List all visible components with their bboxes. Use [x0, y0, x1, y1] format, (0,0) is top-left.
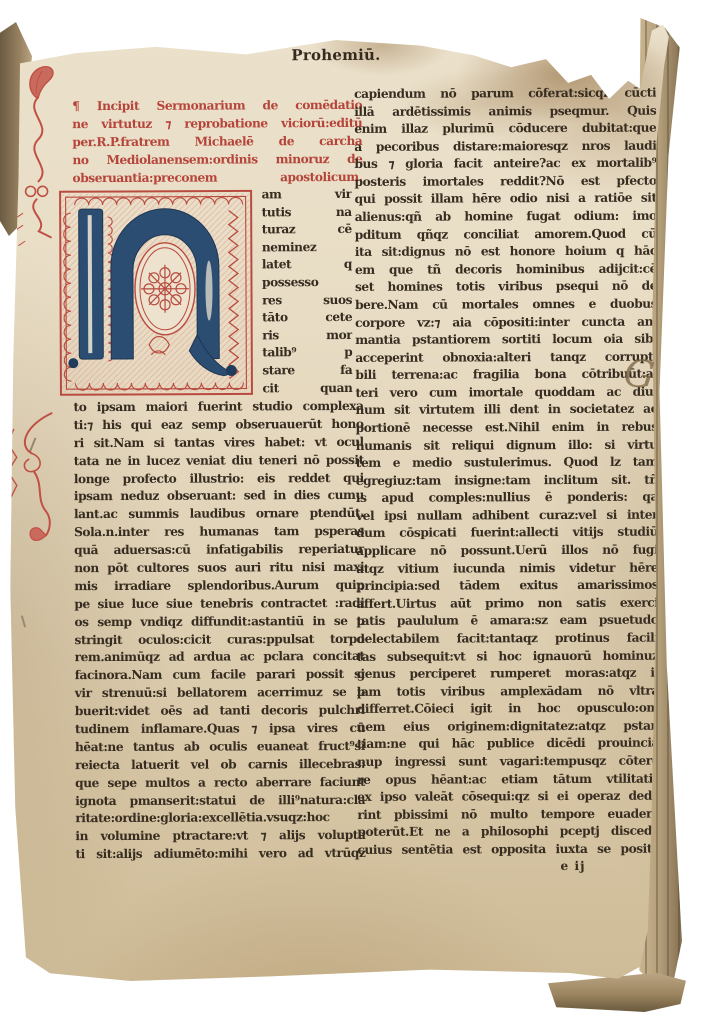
text-line: possesso	[262, 274, 352, 292]
left-column-body: to ipsam maiori fuerint studio complexat…	[73, 398, 365, 864]
text-line: pe siue luce siue tenebris contractet :r…	[74, 595, 364, 614]
text-line: quā aduersas:cū infatigabilis reperiatur	[74, 541, 364, 560]
text-line: dum cōspicati fuerint:allecti vitijs stu…	[356, 524, 658, 543]
text-line: corpore vz:⁊ aia cōpositi:inter cuncta a…	[355, 313, 657, 332]
text-line: mis irradiare splendoribus.Aurum quip	[74, 577, 364, 596]
text-line: tem e medio sustulerimus. Quod lz tam	[356, 454, 658, 473]
text-line: genus perciperet rumperet moras:atqz il	[357, 665, 659, 684]
right-column: capiendum nō parum cōferat:sicqz cūctiil…	[354, 85, 659, 877]
text-line: tutis na	[262, 204, 352, 222]
text-line: cit quan	[262, 379, 352, 397]
text-line: bili terrena:ac fragilia bona cōtribuūt:…	[355, 366, 657, 385]
text-line: ritate:ordine:gloria:excellētia.vsuqz:ho…	[75, 809, 365, 828]
text-line: lam totis viribus amplexādam nō vltra	[357, 682, 659, 701]
text-line: bere.Nam cū mortales omnes e duobus	[355, 296, 657, 315]
text-line: teri vero cum imortale quoddam ac diui	[355, 383, 657, 402]
text-line: tas subsequit:vt si hoc ignauorū hominuz	[357, 647, 659, 666]
left-column: ¶ Incipit Sermonarium de comēdatione vir…	[72, 96, 365, 864]
text-line: differret.Cōieci igit in hoc opusculo:om	[357, 700, 659, 719]
text-line: latet q	[262, 256, 352, 274]
text-line: tudinem inflamare.Quas ⁊ ipsa vires cū	[75, 720, 365, 739]
text-line: ipsam neduz obseruant: sed in dies cumu	[74, 487, 364, 506]
text-line: posteris imortales reddit?Nō est pfecto	[355, 173, 657, 192]
text-line: reiecta latuerit vel ob carnis illecebra…	[75, 756, 365, 775]
text-line: to ipsam maiori fuerint studio complexa	[73, 398, 363, 417]
text-line: neminez	[262, 239, 352, 257]
text-line: stringit oculos:cicit curas:ppulsat torp…	[74, 630, 364, 649]
text-line: res suos	[262, 292, 352, 310]
quire-signature: e ij	[357, 858, 659, 877]
text-line: nup ingressi sunt vagari:tempusqz cōtere	[357, 753, 659, 772]
initial-row: am virtutis naturaz cēneminezlatet qposs…	[59, 186, 364, 399]
text-line: talib⁹ p	[262, 344, 352, 362]
text-line: tatis paululum ē amara:sz eam psuetudo	[356, 612, 658, 631]
text-line: re opus hēant:ac etiam tātum vtilitatis	[357, 770, 659, 789]
text-line: mantia pstantiorem sortiti locum oia sib…	[355, 331, 657, 350]
margin-letter-mark: G	[621, 350, 656, 397]
rubric-line: obseruantia:preconem apostolicum.	[72, 168, 362, 187]
text-line: os semp vndiqz diffundit:astantiū in se …	[74, 613, 364, 632]
text-line: rint pbissimi nō multo tempore euadere	[357, 805, 659, 824]
text-line: cuius sentētia est opposita iuxta se pos…	[357, 840, 659, 859]
text-line: qui possit illam hēre odio nisi a ratiōe…	[355, 190, 657, 209]
text-line: capiendum nō parum cōferat:sicqz cūcti	[354, 85, 656, 104]
text-line: bus ⁊ gloria facit anteire?ac ex mortali…	[354, 155, 656, 174]
rubric-incipit: ¶ Incipit Sermonarium de comēdatione vir…	[72, 96, 362, 187]
folio-number: ·2·	[603, 52, 625, 70]
text-line: turaz cē	[262, 221, 352, 239]
rubric-line: ne virtutuz ⁊ reprobatione viciorū:editū	[72, 114, 362, 133]
text-line: delectabilem facit:tantaqz protinus faci…	[356, 630, 658, 649]
decorated-initial-N	[59, 186, 256, 399]
text-line: ti sit:alijs adiumēto:mihi vero ad vtrūq…	[75, 845, 365, 864]
text-line: portionē necesse est.Nihil enim in rebus	[356, 419, 658, 438]
text-line: em que tñ decoris hominibus adijcit:cē	[355, 260, 657, 279]
text-line: tata ne in lucez veniat diu teneri nō po…	[74, 452, 364, 471]
text-line: non pōt cultores suos auri ritu nisi max…	[74, 559, 364, 578]
text-line: applicare nō possunt.Uerū illos nō fugi	[356, 542, 658, 561]
text-line: hēat:ne tantus ab oculis euaneat fruct⁹s…	[75, 738, 365, 757]
text-line: facinora.Nam cum facile parari possit si	[75, 666, 365, 685]
text-line: vir strenuū:si bellatorem acerrimuz se p	[75, 684, 365, 703]
text-line: in volumine ptractare:vt ⁊ alijs volupta	[75, 827, 365, 846]
text-line: nem eius originem:dignitatez:atqz pstan	[357, 717, 659, 736]
text-line: lant.ac summis laudibus ornare ptendūt.	[74, 505, 364, 524]
text-beside-initial: am virtutis naturaz cēneminezlatet qposs…	[255, 186, 353, 398]
text-line: longe profecto illustrio: eis reddet qui	[74, 469, 364, 488]
text-line: affert.Uirtus aūt primo non satis exerci	[356, 594, 658, 613]
rubric-line: ¶ Incipit Sermonarium de comēdatio	[72, 96, 362, 115]
running-head: Prohemiū.	[6, 45, 666, 66]
text-line: acceperint obnoxia:alteri tanqz corrupti	[355, 348, 657, 367]
text-line: a pecoribus distare:maioresqz nros laudi	[354, 137, 656, 156]
text-line: set homines totis viribus psequi nō de	[355, 278, 657, 297]
text-line: alienus:qñ ab homine fugat odium: imo	[355, 208, 657, 227]
text-line: ex ipso valeāt cōsequi:qz si ei operaz d…	[357, 788, 659, 807]
text-line: ris mor	[262, 327, 352, 345]
book-photo: Prohemiū. ·2· ¶ Incipit Sermonarium de c…	[0, 0, 709, 1024]
text-line: vel ipsi nullam adhibent curaz:vel si in…	[356, 507, 658, 526]
text-line: poterūt.Et ne a philosophi pceptj disced…	[357, 823, 659, 842]
book-page: Prohemiū. ·2· ¶ Incipit Sermonarium de c…	[6, 25, 682, 1010]
text-line: tiam:ne qui hāc publice dicēdi prouinciā	[357, 735, 659, 754]
text-line: am vir	[262, 186, 352, 204]
text-line: ita sit:dignus nō est honore hoium q hāc	[355, 243, 657, 262]
text-line: illā ardētissimis animis pseqmur. Quis	[354, 102, 656, 121]
text-line: ignota pmanserit:statui de illi⁹natura:c…	[75, 792, 365, 811]
text-line: principia:sed tādem exitus amarissimos	[356, 577, 658, 596]
text-line: stare fa	[262, 362, 352, 380]
text-line: atqz vitium iucunda nimis videtur hēre	[356, 559, 658, 578]
text-line: is apud comples:nullius ē ponderis: qa	[356, 489, 658, 508]
text-line: que sepe multos a recto aberrare faciunt	[75, 774, 365, 793]
text-line: tāto cete	[262, 309, 352, 327]
text-line: enim illaz plurimū cōducere dubitat:que	[354, 120, 656, 139]
text-line: humanis sit reliqui dignum illo: si virt…	[356, 436, 658, 455]
text-line: pditum qñqz conciliat amorem.Quod cū	[355, 225, 657, 244]
text-line: buerit:videt oēs ad tanti decoris pulchr…	[75, 702, 365, 721]
margin-stroke	[21, 615, 26, 627]
rubric-line: per.R.P.fratrem Michaelē de carcha	[72, 132, 362, 151]
text-line: ti:⁊ his qui eaz semp obseruauerūt hono	[74, 416, 364, 435]
text-line: rem.animūqz ad ardua ac pclara concitat	[75, 648, 365, 667]
text-line: num sit virtutem illi dent in societatez…	[355, 401, 657, 420]
right-column-body: capiendum nō parum cōferat:sicqz cūctiil…	[354, 85, 659, 860]
text-line: egregiuz:tam insigne:tam inclitum sit. t…	[356, 471, 658, 490]
rubric-line: no Mediolanensem:ordinis minoruz de	[72, 150, 362, 169]
text-line: ri sit.Nam si tantas vires habet: vt ocu…	[74, 434, 364, 453]
text-line: Sola.n.inter res humanas tam psperas	[74, 523, 364, 542]
